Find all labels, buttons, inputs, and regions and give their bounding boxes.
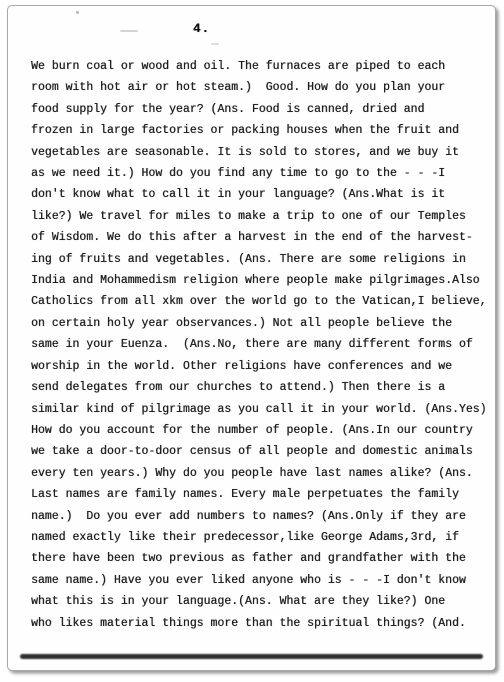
typed-line: frozen in large factories or packing hou… <box>31 120 489 141</box>
typed-line: as we need it.) How do you find any time… <box>31 163 489 184</box>
scan-artifact-dot <box>76 11 79 14</box>
typed-line: named exactly like their predecessor,lik… <box>31 527 489 548</box>
typed-line: similar kind of pilgrimage as you call i… <box>31 399 489 420</box>
typed-line: ing of fruits and vegetables. (Ans. Ther… <box>31 249 489 270</box>
typed-line: on certain holy year observances.) Not a… <box>31 313 489 334</box>
typed-line: food supply for the year? (Ans. Food is … <box>31 99 489 120</box>
scan-bottom-edge <box>20 654 483 659</box>
typed-line: room with hot air or hot steam.) Good. H… <box>31 77 489 98</box>
typed-line: Catholics from all xkm over the world go… <box>31 291 489 312</box>
typed-line: worship in the world. Other religions ha… <box>31 356 489 377</box>
typed-line: How do you account for the number of peo… <box>31 420 489 441</box>
page-number: 4. <box>193 22 210 36</box>
scan-artifact-dash <box>120 30 138 32</box>
typed-line: name.) Do you ever add numbers to names?… <box>31 506 489 527</box>
scan-artifact-dash-small <box>211 43 219 45</box>
typed-line: we take a door-to-door census of all peo… <box>31 441 489 462</box>
typed-line: who likes material things more than the … <box>31 613 489 634</box>
typed-line: same in your Euenza. (Ans.No, there are … <box>31 334 489 355</box>
typed-line: Last names are family names. Every male … <box>31 484 489 505</box>
typed-line: what this is in your language.(Ans. What… <box>31 591 489 612</box>
typed-line: every ten years.) Why do you people have… <box>31 463 489 484</box>
typed-line: like?) We travel for miles to make a tri… <box>31 206 489 227</box>
typed-text-block: We burn coal or wood and oil. The furnac… <box>31 56 489 634</box>
typed-line: We burn coal or wood and oil. The furnac… <box>31 56 489 77</box>
typed-line: vegetables are seasonable. It is sold to… <box>31 142 489 163</box>
scanned-document-page: 4. We burn coal or wood and oil. The fur… <box>7 5 496 671</box>
typed-line: send delegates from our churches to atte… <box>31 377 489 398</box>
typed-line: India and Mohammedism religion where peo… <box>31 270 489 291</box>
typed-line: of Wisdom. We do this after a harvest in… <box>31 227 489 248</box>
typed-line: same name.) Have you ever liked anyone w… <box>31 570 489 591</box>
typed-line: there have been two previous as father a… <box>31 548 489 569</box>
typed-line: don't know what to call it in your langu… <box>31 184 489 205</box>
